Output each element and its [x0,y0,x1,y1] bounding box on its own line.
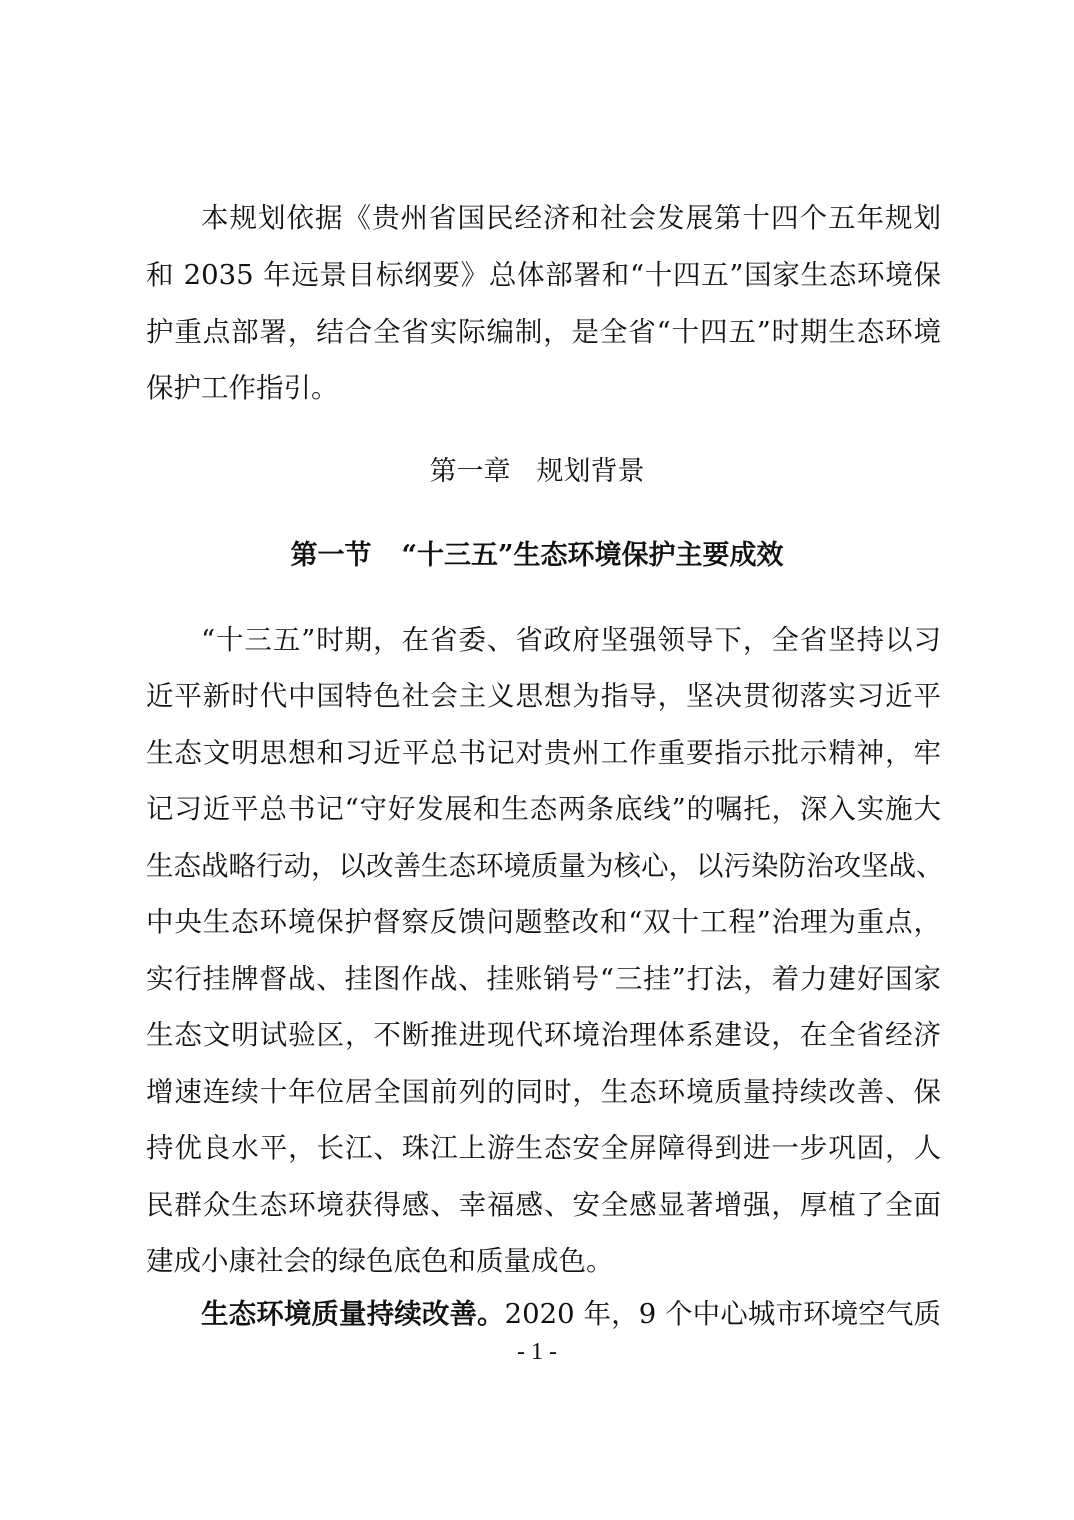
body-paragraph-line: 民群众生态环境获得感、幸福感、安全感显著增强，厚植了全面 [146,1179,941,1231]
body-paragraph-line: 中央生态环境保护督察反馈问题整改和“双十工程”治理为重点， [146,896,941,948]
body-paragraph-line: 近平新时代中国特色社会主义思想为指导，坚决贯彻落实习近平 [146,670,941,722]
page-number: - 1 - [0,1337,1074,1367]
body-paragraph-line: 建成小康社会的绿色底色和质量成色。 [146,1235,941,1287]
chapter-number: 第一章 [430,456,511,487]
body-paragraph-line: 生态战略行动，以改善生态环境质量为核心，以污染防治攻坚战、 [146,840,941,892]
last-paragraph-line: 生态环境质量持续改善。2020 年，9 个中心城市环境空气质 [201,1291,941,1337]
body-paragraph-line: 记习近平总书记“守好发展和生态两条底线”的嘱托，深入实施大 [146,783,941,835]
paragraph-bold-lead: 生态环境质量持续改善。 [201,1298,505,1330]
chapter-title: 规划背景 [537,456,645,487]
body-paragraph-line: 增速连续十年位居全国前列的同时，生态环境质量持续改善、保 [146,1066,941,1118]
body-paragraph-line: 生态文明思想和习近平总书记对贵州工作重要指示批示精神，牢 [146,727,941,779]
body-paragraph-line: 持优良水平，长江、珠江上游生态安全屏障得到进一步巩固，人 [146,1122,941,1174]
chapter-heading: 第一章规划背景 [0,446,1074,498]
section-number: 第一节 [290,540,371,571]
section-heading: 第一节“十三五”生态环境保护主要成效 [0,530,1074,582]
section-title: “十三五”生态环境保护主要成效 [401,540,783,571]
intro-paragraph-line: 和 2035 年远景目标纲要》总体部署和“十四五”国家生态环境保 [146,249,941,301]
paragraph-text: 2020 年，9 个中心城市环境空气质 [505,1298,941,1330]
intro-paragraph-line: 本规划依据《贵州省国民经济和社会发展第十四个五年规划 [201,192,941,244]
body-paragraph-line: 实行挂牌督战、挂图作战、挂账销号“三挂”打法，着力建好国家 [146,953,941,1005]
body-paragraph-line: 生态文明试验区，不断推进现代环境治理体系建设，在全省经济 [146,1009,941,1061]
body-paragraph-line: “十三五”时期，在省委、省政府坚强领导下，全省坚持以习 [201,614,941,666]
intro-paragraph-line: 保护工作指引。 [146,362,941,414]
document-page: 本规划依据《贵州省国民经济和社会发展第十四个五年规划 和 2035 年远景目标纲… [0,0,1074,1520]
intro-paragraph-line: 护重点部署，结合全省实际编制，是全省“十四五”时期生态环境 [146,306,941,358]
